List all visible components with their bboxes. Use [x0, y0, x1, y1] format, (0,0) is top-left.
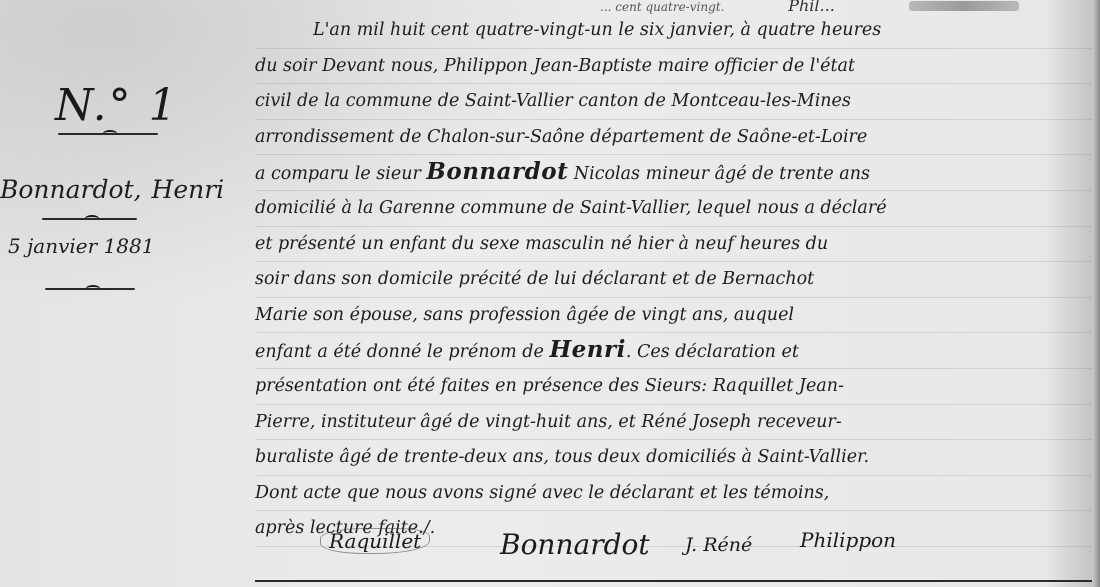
signature-witness-1: Raquillet	[320, 528, 430, 554]
record-line: présentation ont été faites en présence …	[255, 369, 1095, 405]
record-body: L'an mil huit cent quatre-vingt-un le si…	[255, 13, 1095, 547]
record-line: domicilié à la Garenne commune de Saint-…	[255, 191, 1095, 227]
previous-record-fragment: ... cent quatre-vingt. Phil...	[600, 0, 1020, 10]
record-line: du soir Devant nous, Philippon Jean-Bapt…	[255, 49, 1095, 85]
margin-surname: Bonnardot,	[0, 175, 142, 204]
line-text: Nicolas mineur âgé de trente ans	[568, 164, 870, 184]
line-text: enfant a été donné le prénom de	[255, 342, 549, 362]
line-text: buraliste âgé de trente-deux ans, tous d…	[255, 447, 869, 467]
line-text: a comparu le sieur	[255, 164, 426, 184]
margin-annotation: N.° 1 Bonnardot,Henri 5 janvier 1881	[0, 60, 250, 320]
record-line: Marie son épouse, sans profession âgée d…	[255, 298, 1095, 334]
line-text: et présenté un enfant du sexe masculin n…	[255, 234, 828, 254]
line-text: L'an mil huit cent quatre-vingt-un le si…	[313, 20, 881, 40]
record-line: civil de la commune de Saint-Vallier can…	[255, 84, 1095, 120]
signature-mayor: Philippon	[800, 528, 896, 552]
record-line: arrondissement de Chalon-sur-Saône dépar…	[255, 120, 1095, 156]
emphasized-name: Henri	[549, 336, 625, 363]
line-text: du soir Devant nous, Philippon Jean-Bapt…	[255, 56, 855, 76]
record-line: buraliste âgé de trente-deux ans, tous d…	[255, 440, 1095, 476]
line-text: Marie son épouse, sans profession âgée d…	[255, 305, 794, 325]
record-line: Pierre, instituteur âgé de vingt-huit an…	[255, 405, 1095, 441]
line-text: arrondissement de Chalon-sur-Saône dépar…	[255, 127, 867, 147]
record-line: soir dans son domicile précité de lui dé…	[255, 262, 1095, 298]
flourish-divider	[45, 288, 135, 290]
line-text: présentation ont été faites en présence …	[255, 376, 844, 396]
ink-smudge	[909, 1, 1019, 11]
record-line: et présenté un enfant du sexe masculin n…	[255, 227, 1095, 263]
record-line: Dont acte que nous avons signé avec le d…	[255, 476, 1095, 512]
line-text: domicilié à la Garenne commune de Saint-…	[255, 198, 887, 218]
signature-witness-2: J. Réné	[685, 534, 752, 556]
line-text: soir dans son domicile précité de lui dé…	[255, 269, 814, 289]
flourish-divider	[58, 133, 158, 135]
record-line: L'an mil huit cent quatre-vingt-un le si…	[255, 13, 1095, 49]
signature-declarant: Bonnardot	[500, 528, 650, 561]
line-text: Dont acte que nous avons signé avec le d…	[255, 483, 829, 503]
record-line: enfant a été donné le prénom de Henri. C…	[255, 333, 1095, 369]
previous-record-text: ... cent quatre-vingt.	[600, 0, 724, 14]
line-text: . Ces déclaration et	[626, 342, 799, 362]
margin-person-name: Bonnardot,Henri	[0, 175, 224, 204]
signatures-row: Raquillet Bonnardot J. Réné Philippon	[310, 528, 1070, 568]
margin-given-name: Henri	[152, 175, 225, 204]
register-page: ... cent quatre-vingt. Phil... N.° 1 Bon…	[0, 0, 1100, 587]
line-text: Pierre, instituteur âgé de vingt-huit an…	[255, 412, 842, 432]
margin-date: 5 janvier 1881	[8, 234, 154, 258]
act-number: N.° 1	[55, 80, 179, 131]
record-line: a comparu le sieur Bonnardot Nicolas min…	[255, 155, 1095, 191]
page-edge	[1092, 0, 1100, 587]
emphasized-name: Bonnardot	[426, 158, 568, 185]
line-text: civil de la commune de Saint-Vallier can…	[255, 91, 851, 111]
record-end-rule	[255, 580, 1093, 582]
flourish-divider	[42, 218, 137, 220]
